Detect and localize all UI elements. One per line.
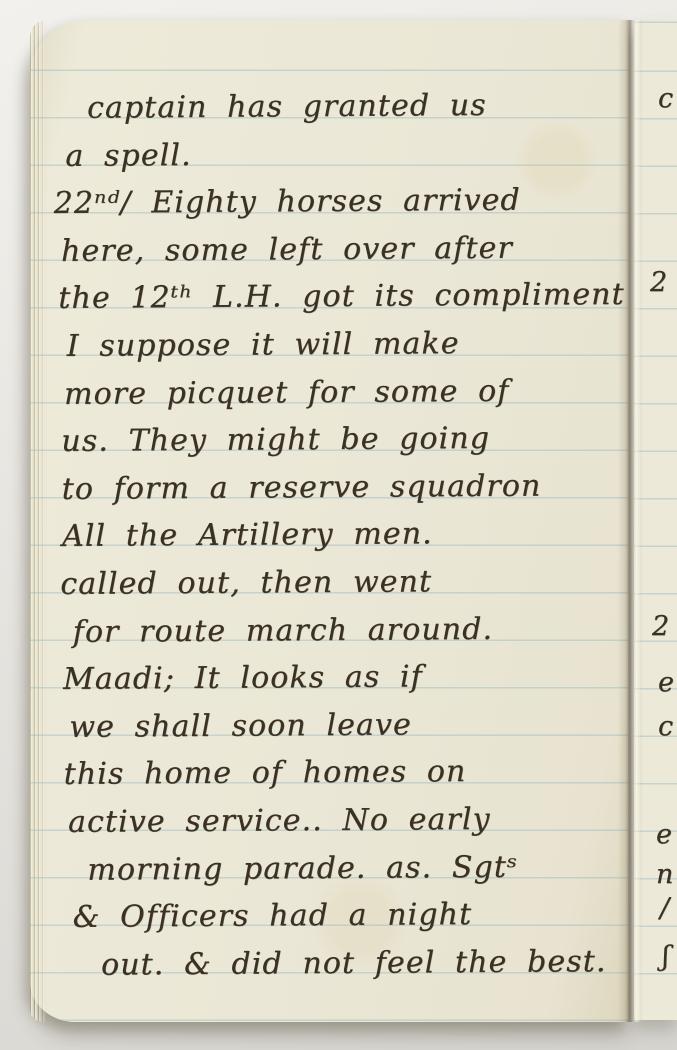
handwritten-fragment: c bbox=[658, 711, 673, 742]
handwritten-line: All the Artillery men. bbox=[56, 509, 616, 561]
handwritten-fragment: 2 bbox=[652, 611, 669, 642]
handwritten-fragment: c bbox=[658, 83, 673, 114]
handwritten-line: to form a reserve squadron bbox=[56, 462, 616, 514]
handwritten-fragment: ʃ bbox=[662, 941, 669, 972]
page-gutter-crease bbox=[618, 20, 642, 1022]
handwritten-line: called out, then went bbox=[56, 557, 616, 609]
handwritten-line: 22ⁿᵈ/ Eighty horses arrived bbox=[54, 176, 614, 228]
handwritten-line: a spell. bbox=[53, 129, 613, 181]
notebook: captain has granted us a spell. 22ⁿᵈ/ Ei… bbox=[30, 20, 677, 1022]
handwritten-line: out. & did not feel the best. bbox=[59, 938, 619, 990]
handwritten-line: morning parade. as. Sgtˢ bbox=[58, 843, 618, 895]
handwritten-fragment: e bbox=[656, 819, 672, 850]
handwritten-line: more picquet for some of bbox=[55, 367, 615, 419]
handwritten-fragment: e bbox=[658, 667, 674, 698]
handwritten-fragment: / bbox=[660, 893, 669, 924]
handwritten-line: we shall soon leave bbox=[57, 700, 617, 752]
handwritten-line: us. They might be going bbox=[55, 414, 615, 466]
notebook-left-page: captain has granted us a spell. 22ⁿᵈ/ Ei… bbox=[30, 20, 628, 1022]
handwritten-line: I suppose it will make bbox=[55, 319, 615, 371]
handwritten-line: here, some left over after bbox=[54, 224, 614, 276]
photo-background: captain has granted us a spell. 22ⁿᵈ/ Ei… bbox=[0, 0, 677, 1050]
handwritten-fragment: 2 bbox=[650, 267, 667, 298]
handwritten-line: active service.. No early bbox=[58, 795, 618, 847]
handwritten-line: & Officers had a night bbox=[58, 890, 618, 942]
handwritten-line: captain has granted us bbox=[53, 81, 613, 133]
handwritten-line: the 12ᵗʰ L.H. got its compliment bbox=[54, 271, 614, 323]
handwritten-fragment: n bbox=[656, 859, 673, 890]
handwritten-text: captain has granted us a spell. 22ⁿᵈ/ Ei… bbox=[53, 81, 619, 989]
handwritten-line: this home of homes on bbox=[58, 747, 618, 799]
handwritten-line: for route march around. bbox=[57, 605, 617, 657]
handwritten-line: Maadi; It looks as if bbox=[57, 652, 617, 704]
